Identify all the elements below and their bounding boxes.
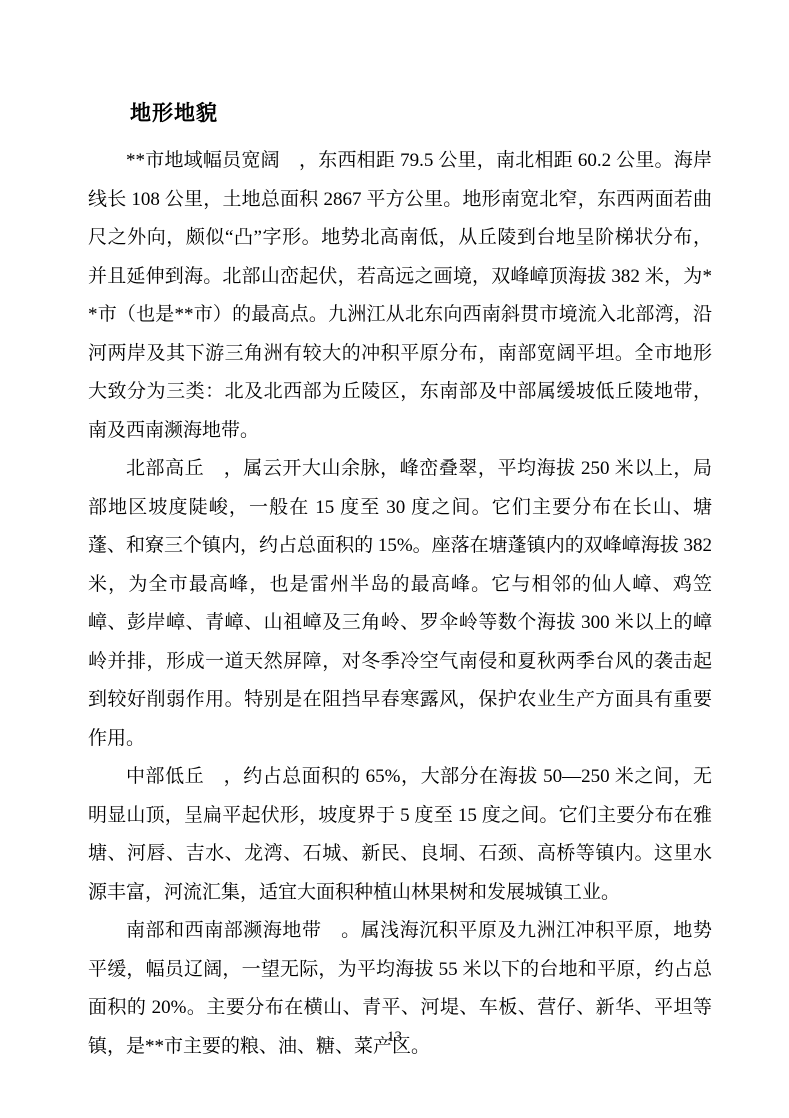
paragraph-overview: **市地域幅员宽阔 ，东西相距 79.5 公里，南北相距 60.2 公里。海岸线… <box>88 142 712 450</box>
paragraph-northern-hills: 北部高丘 ，属云开大山余脉，峰峦叠翠，平均海拔 250 米以上，局部地区坡度陡峻… <box>88 450 712 758</box>
document-page: 地形地貌 **市地域幅员宽阔 ，东西相距 79.5 公里，南北相距 60.2 公… <box>0 0 789 1118</box>
document-content: 地形地貌 **市地域幅员宽阔 ，东西相距 79.5 公里，南北相距 60.2 公… <box>88 100 712 1066</box>
section-heading: 地形地貌 <box>88 100 712 126</box>
page-number: 13 <box>0 1028 789 1046</box>
paragraph-central-hills: 中部低丘 ，约占总面积的 65%，大部分在海拔 50—250 米之间，无明显山顶… <box>88 758 712 912</box>
